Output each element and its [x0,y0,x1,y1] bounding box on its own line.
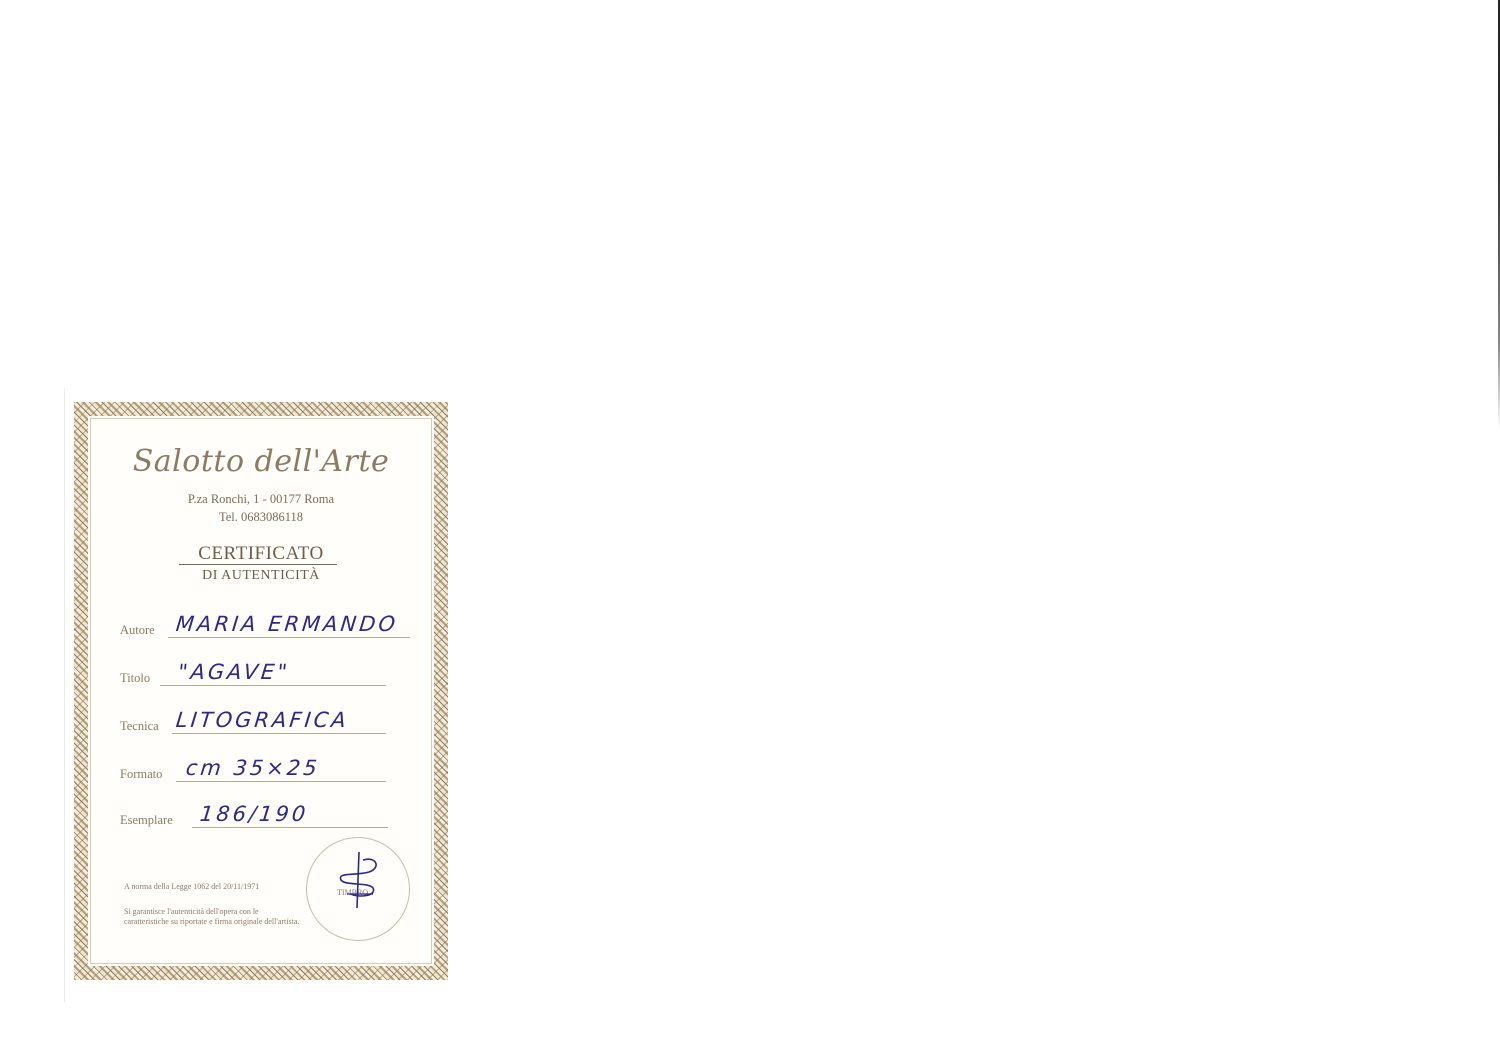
field-label: Autore [120,623,155,638]
field-formato: Formato cm 35×25 [120,754,386,784]
field-line [160,685,386,686]
legal-guarantee-text: Si garantisce l'autenticità dell'opera c… [124,907,304,927]
legal-note: A norma della Legge 1062 del 20/11/1971 [124,882,259,891]
signature-icon [307,838,409,940]
gallery-phone: Tel. 0683086118 [74,510,448,525]
title-divider [179,564,337,565]
field-value: MARIA ERMANDO [175,612,400,636]
field-value: 186/190 [199,802,310,826]
field-esemplare: Esemplare 186/190 [120,800,388,830]
gallery-name: Salotto dell'Arte [74,444,448,479]
gallery-address: P.za Ronchi, 1 - 00177 Roma [74,492,448,507]
authenticity-certificate: Salotto dell'Arte P.za Ronchi, 1 - 00177… [74,402,448,980]
field-tecnica: Tecnica LITOGRAFICA [120,706,386,736]
field-label: Formato [120,767,162,782]
field-label: Titolo [120,671,150,686]
field-line [172,733,386,734]
certificate-subtitle: DI AUTENTICITÀ [74,568,448,584]
field-titolo: Titolo "AGAVE" [120,658,386,688]
field-value: "AGAVE" [177,660,291,684]
field-line [176,781,386,782]
field-value: LITOGRAFICA [175,708,350,732]
certificate-title: CERTIFICATO [74,543,448,565]
field-value: cm 35×25 [185,756,321,780]
field-label: Esemplare [120,813,173,828]
field-label: Tecnica [120,719,159,734]
stamp-circle: TIMBRO [306,837,410,941]
field-autore: Autore MARIA ERMANDO [120,610,410,640]
field-line [168,637,410,638]
paper-edge [64,388,65,1002]
field-line [192,827,388,828]
